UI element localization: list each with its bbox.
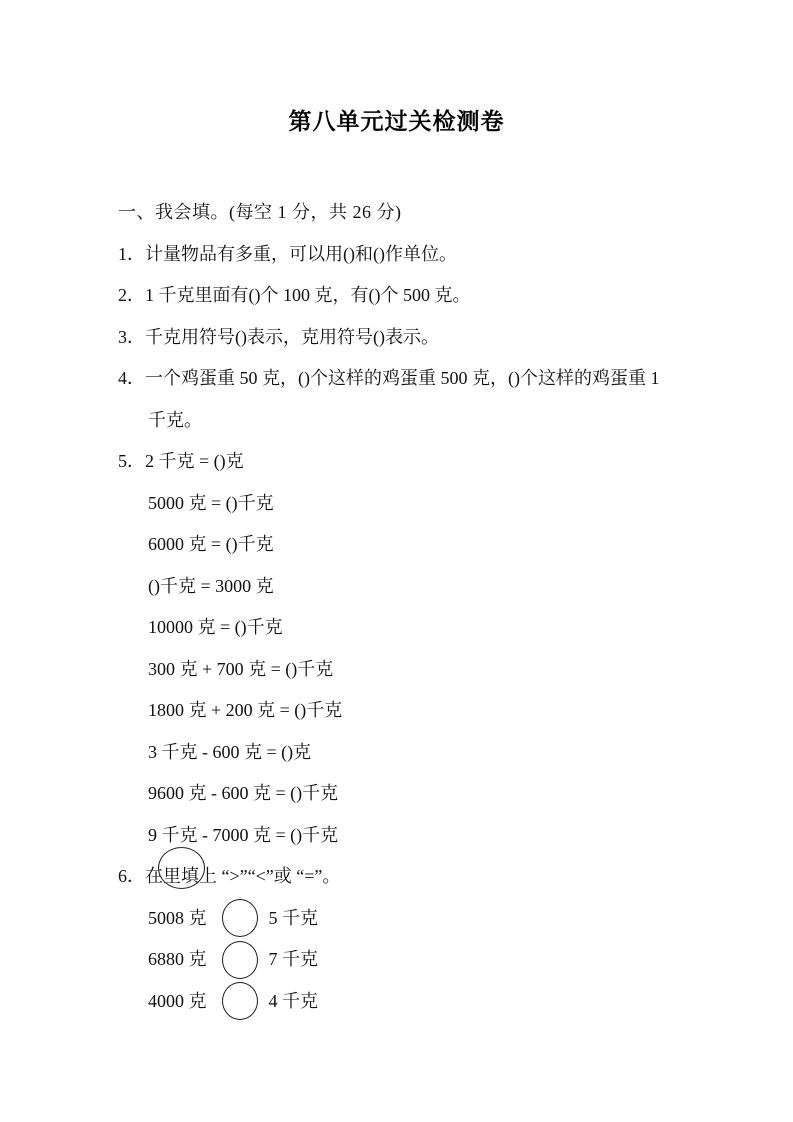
- circled-characters: 里填: [163, 866, 199, 886]
- equation-line: 9 千克 - 7000 克 = ()千克: [118, 815, 698, 857]
- comparison-right-value: 7 千克: [269, 939, 319, 981]
- question-6-head: 6．在里填上 “>”“<”或 “=”。: [118, 856, 698, 898]
- answer-circle-icon: [222, 899, 258, 937]
- comparison-left-value: 5008 克: [148, 898, 207, 940]
- equation-line: 1800 克 + 200 克 = ()千克: [118, 690, 698, 732]
- question-6-circled-text: 里填: [163, 856, 199, 898]
- section-one: 一、我会填。(每空 1 分，共 26 分) 1．计量物品有多重，可以用()和()…: [118, 192, 698, 1022]
- question-4-line-1: 4．一个鸡蛋重 50 克，()个这样的鸡蛋重 500 克，()个这样的鸡蛋重 1: [118, 358, 698, 400]
- equation-line: 3 千克 - 600 克 = ()克: [118, 732, 698, 774]
- comparison-left-value: 6880 克: [148, 939, 207, 981]
- comparison-right-value: 5 千克: [269, 898, 319, 940]
- equation-line: ()千克 = 3000 克: [118, 566, 698, 608]
- question-4: 4．一个鸡蛋重 50 克，()个这样的鸡蛋重 500 克，()个这样的鸡蛋重 1…: [118, 358, 698, 441]
- question-2: 2．1 千克里面有()个 100 克，有()个 500 克。: [118, 275, 698, 317]
- question-5: 5．2 千克 = ()克 5000 克 = ()千克 6000 克 = ()千克…: [118, 441, 698, 856]
- test-paper-page: 第八单元过关检测卷 一、我会填。(每空 1 分，共 26 分) 1．计量物品有多…: [0, 0, 793, 1122]
- comparison-row: 4000 克 4 千克: [118, 981, 698, 1023]
- question-6-prefix: 6．在: [118, 866, 163, 886]
- comparison-row: 5008 克 5 千克: [118, 898, 698, 940]
- comparison-left-value: 4000 克: [148, 981, 207, 1023]
- equation-line: 5000 克 = ()千克: [118, 483, 698, 525]
- question-6: 6．在里填上 “>”“<”或 “=”。 5008 克 5 千克 6880 克 7…: [118, 856, 698, 1022]
- question-5-head: 5．2 千克 = ()克: [118, 441, 698, 483]
- answer-circle-icon: [222, 941, 258, 979]
- question-4-line-2: 千克。: [118, 400, 698, 442]
- comparison-row: 6880 克 7 千克: [118, 939, 698, 981]
- page-title: 第八单元过关检测卷: [0, 0, 793, 136]
- equation-line: 300 克 + 700 克 = ()千克: [118, 649, 698, 691]
- section-heading: 一、我会填。(每空 1 分，共 26 分): [118, 192, 698, 234]
- equation-line: 10000 克 = ()千克: [118, 607, 698, 649]
- comparison-right-value: 4 千克: [269, 981, 319, 1023]
- question-3: 3．千克用符号()表示，克用符号()表示。: [118, 317, 698, 359]
- question-1: 1．计量物品有多重，可以用()和()作单位。: [118, 234, 698, 276]
- equation-line: 9600 克 - 600 克 = ()千克: [118, 773, 698, 815]
- answer-circle-icon: [222, 982, 258, 1020]
- question-6-suffix: 上 “>”“<”或 “=”。: [199, 866, 340, 886]
- equation-line: 6000 克 = ()千克: [118, 524, 698, 566]
